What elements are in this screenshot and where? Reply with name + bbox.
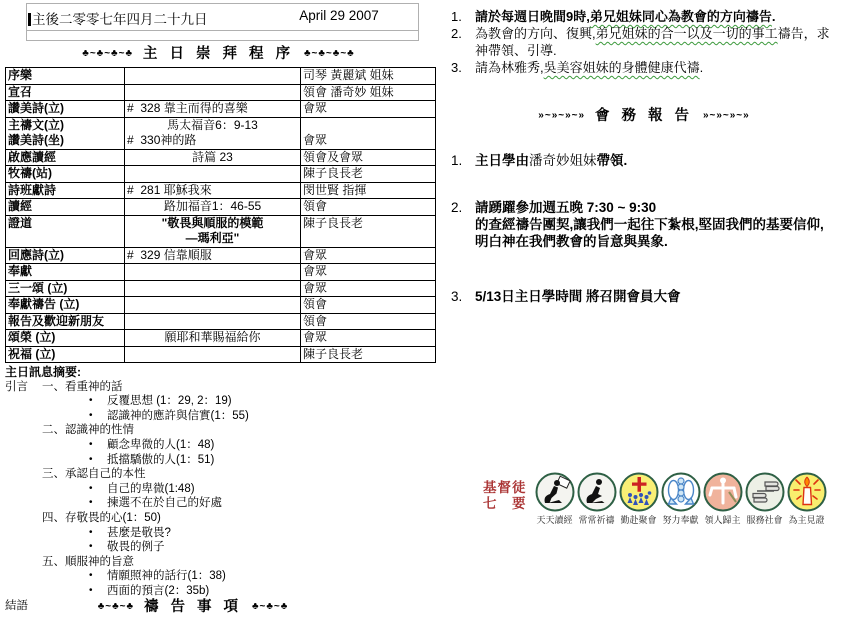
bullet-dot-icon: • bbox=[89, 482, 107, 497]
program-content-cell: "敬畏與順服的模範—瑪利亞" bbox=[125, 215, 301, 247]
program-item-cell: 回應詩(立) bbox=[6, 247, 125, 264]
outline-bullet: •敬畏的例子 bbox=[89, 540, 437, 555]
report-text: 請踴躍參加週五晚 7:30 ~ 9:30 的查經禱告團契,讓我們一起往下紮根,堅… bbox=[475, 199, 837, 250]
program-content-cell bbox=[125, 297, 301, 314]
ornament-left: »~»~»~» bbox=[538, 110, 585, 121]
outline-bullet: •顧念卑微的人(1：48) bbox=[89, 438, 437, 453]
seven-title: 基督徒 七 要 bbox=[483, 480, 527, 512]
program-leader-cell: 會眾 bbox=[301, 280, 436, 297]
bullet-dot-icon: • bbox=[89, 496, 107, 511]
program-content-cell: # 328 靠主而得的喜樂 bbox=[125, 101, 301, 118]
table-row: 頌榮 (立)願耶和華賜福給你會眾 bbox=[6, 330, 436, 347]
table-row: 宣召 領會 潘奇妙 姐妹 bbox=[6, 84, 436, 101]
seven-essentials: 基督徒 七 要 天天讀經常常祈禱勤赴聚會努力奉獻領人歸主服務社會為主見證 bbox=[483, 472, 828, 526]
outline-bullet: •認識神的應許與信實(1：55) bbox=[89, 409, 437, 424]
report-item: 3.5/13日主日學時間 將召開會員大會 bbox=[451, 288, 837, 305]
bullet-dot-icon: • bbox=[89, 409, 107, 424]
program-content-cell bbox=[125, 280, 301, 297]
program-item-cell: 三一頌 (立) bbox=[6, 280, 125, 297]
report-text: 主日學由潘奇妙姐妹帶領. bbox=[475, 152, 837, 169]
report-number: 2. bbox=[451, 199, 475, 250]
bullet-dot-icon: • bbox=[89, 453, 107, 468]
bullet-dot-icon: • bbox=[89, 394, 107, 409]
report-text: 5/13日主日學時間 將召開會員大會 bbox=[475, 288, 837, 305]
essential-label: 服務社會 bbox=[744, 513, 786, 526]
program-item-cell: 報告及歡迎新朋友 bbox=[6, 313, 125, 330]
program-content-cell: 願耶和華賜福給你 bbox=[125, 330, 301, 347]
program-item-cell: 主禱文(立)讚美詩(坐) bbox=[6, 117, 125, 149]
text-segment: 帶領. bbox=[597, 153, 628, 168]
bullet-dot-icon: • bbox=[89, 569, 107, 584]
program-content-cell bbox=[125, 68, 301, 85]
program-leader-cell: 領會 潘奇妙 姐妹 bbox=[301, 84, 436, 101]
essential-label: 領人歸主 bbox=[702, 513, 744, 526]
program-item-cell: 奉獻禱告 (立) bbox=[6, 297, 125, 314]
outline-bullet-text: 抵擋驕傲的人(1：51) bbox=[107, 453, 214, 468]
date-row: 主後二零零七年四月二十九日 April 29 2007 bbox=[27, 4, 418, 31]
program-item-cell: 宣召 bbox=[6, 84, 125, 101]
program-content-cell bbox=[125, 313, 301, 330]
table-row: 祝福 (立) 陳子良長老 bbox=[6, 346, 436, 363]
program-content-cell: 路加福音1：46-55 bbox=[125, 199, 301, 216]
prayer-list: 1.請於每週日晚間9時,弟兄姐妹同心為教會的方向禱告.2.為教會的方向、復興,弟… bbox=[451, 8, 837, 76]
program-leader-cell: 司琴 黃麗斌 姐妹 bbox=[301, 68, 436, 85]
text-segment: 潘奇妙姐妹 bbox=[529, 153, 597, 168]
text-segment: 弟兄姐妹同心為教會的方向禱告 bbox=[590, 9, 772, 24]
outline-bullet-text: 認識神的應許與信實(1：55) bbox=[107, 409, 249, 424]
report-title: 會 務 報 告 bbox=[595, 108, 693, 124]
program-item-cell: 頌榮 (立) bbox=[6, 330, 125, 347]
program-content-cell bbox=[125, 84, 301, 101]
outline-bullet-text: 甚麼是敬畏? bbox=[107, 526, 171, 541]
program-item-cell: 牧禱(站) bbox=[6, 166, 125, 183]
text-segment: 弟兄姐妹的合一以及一切的事工 bbox=[596, 26, 778, 41]
text-segment: . bbox=[700, 60, 704, 75]
outline-section-title: 二、認識神的性情 bbox=[42, 423, 437, 438]
outline-bullet: •甚麼是敬畏? bbox=[89, 526, 437, 541]
program-item-cell: 讀經 bbox=[6, 199, 125, 216]
table-row: 讚美詩(立)# 328 靠主而得的喜樂會眾 bbox=[6, 101, 436, 118]
ornament-right: ♣~♣~♣ bbox=[252, 601, 288, 612]
summary-heading: 主日訊息摘要: bbox=[5, 365, 437, 380]
outline-intro-label: 引言 bbox=[5, 380, 42, 395]
fish-coins-icon bbox=[660, 472, 702, 512]
outline-bullet: •抵擋驕傲的人(1：51) bbox=[89, 453, 437, 468]
date-english: April 29 2007 bbox=[260, 4, 418, 30]
bullet-dot-icon: • bbox=[89, 526, 107, 541]
report-heading: »~»~»~» 會 務 報 告 »~»~»~» bbox=[451, 104, 837, 125]
text-segment: 主日學由 bbox=[475, 153, 529, 168]
seven-items: 天天讀經常常祈禱勤赴聚會努力奉獻領人歸主服務社會為主見證 bbox=[534, 472, 828, 526]
program-content-cell bbox=[125, 166, 301, 183]
outline-bullet-text: 顧念卑微的人(1：48) bbox=[107, 438, 214, 453]
outline-bullet: •情願照神的話行(1：38) bbox=[89, 569, 437, 584]
essential-item: 服務社會 bbox=[744, 472, 786, 526]
program-leader-cell: 陳子良長老 bbox=[301, 346, 436, 363]
program-leader-cell: 領會 bbox=[301, 297, 436, 314]
table-row: 回應詩(立)# 329 信靠順服會眾 bbox=[6, 247, 436, 264]
program-content-cell: # 329 信靠順服 bbox=[125, 247, 301, 264]
program-content-cell: 馬太福音6：9-13# 330神的路 bbox=[125, 117, 301, 149]
program-content-cell: # 281 耶穌我來 bbox=[125, 182, 301, 199]
program-content-cell bbox=[125, 264, 301, 281]
program-table: 序樂 司琴 黃麗斌 姐妹宣召 領會 潘奇妙 姐妹讚美詩(立)# 328 靠主而得… bbox=[5, 67, 436, 363]
program-leader-cell: 陳子良長老 bbox=[301, 166, 436, 183]
table-row: 證道"敬畏與順服的模範—瑪利亞"陳子良長老 bbox=[6, 215, 436, 247]
table-row: 牧禱(站) 陳子良長老 bbox=[6, 166, 436, 183]
program-leader-cell: 領會及會眾 bbox=[301, 149, 436, 166]
text-segment: 為教會的方向、復興, bbox=[475, 26, 596, 41]
ornament-right: ♣~♣~♣~♣ bbox=[304, 48, 355, 59]
prayer-title: 禱 告 事 項 bbox=[144, 599, 242, 615]
report-list: 1.主日學由潘奇妙姐妹帶領.2.請踴躍參加週五晚 7:30 ~ 9:30 的查經… bbox=[451, 152, 837, 305]
program-content-cell bbox=[125, 346, 301, 363]
program-leader-cell: 會眾 bbox=[301, 247, 436, 264]
outline-section-title: 一、看重神的話 bbox=[42, 380, 123, 395]
essential-item: 天天讀經 bbox=[534, 472, 576, 526]
candle-icon bbox=[786, 472, 828, 512]
program-heading: ♣~♣~♣~♣ 主 日 崇 拜 程 序 ♣~♣~♣~♣ bbox=[0, 42, 437, 63]
text-segment: 請踴躍參加週五晚 7:30 ~ 9:30 的查經禱告團契,讓我們一起往下紮根,堅… bbox=[475, 200, 824, 249]
report-item: 2.請踴躍參加週五晚 7:30 ~ 9:30 的查經禱告團契,讓我們一起往下紮根… bbox=[451, 199, 837, 250]
text-segment: 請為林雅秀, bbox=[475, 60, 544, 75]
outline-section-title: 三、承認自己的本性 bbox=[42, 467, 437, 482]
right-column: 1.請於每週日晚間9時,弟兄姐妹同心為教會的方向禱告.2.為教會的方向、復興,弟… bbox=[451, 8, 837, 305]
table-row: 三一頌 (立) 會眾 bbox=[6, 280, 436, 297]
outline-bullet-text: 情願照神的話行(1：38) bbox=[107, 569, 226, 584]
essential-label: 勤赴聚會 bbox=[618, 513, 660, 526]
program-leader-cell: 閔世賢 指揮 bbox=[301, 182, 436, 199]
program-leader-cell: 會眾 bbox=[301, 264, 436, 281]
essential-item: 領人歸主 bbox=[702, 472, 744, 526]
bullet-dot-icon: • bbox=[89, 540, 107, 555]
program-leader-cell: 領會 bbox=[301, 313, 436, 330]
outline-section-title: 四、存敬畏的心(1：50) bbox=[42, 511, 437, 526]
text-segment: 請於每週日晚間9時, bbox=[475, 9, 590, 24]
prayer-text: 請於每週日晚間9時,弟兄姐妹同心為教會的方向禱告. bbox=[475, 8, 837, 25]
praying-person-icon bbox=[576, 472, 618, 512]
leading-people-icon bbox=[702, 472, 744, 512]
prayer-item: 3.請為林雅秀,吳美容姐妹的身體健康代禱. bbox=[451, 59, 837, 76]
outline-bullet-text: 揀選不在於自己的好處 bbox=[107, 496, 222, 511]
date-chinese-text: 主後二零零七年四月二十九日 bbox=[32, 12, 208, 27]
program-item-cell: 詩班獻詩 bbox=[6, 182, 125, 199]
text-segment: . bbox=[772, 9, 776, 24]
outline-bullet: •揀選不在於自己的好處 bbox=[89, 496, 437, 511]
program-table-body: 序樂 司琴 黃麗斌 姐妹宣召 領會 潘奇妙 姐妹讚美詩(立)# 328 靠主而得… bbox=[6, 68, 436, 363]
essential-item: 為主見證 bbox=[786, 472, 828, 526]
program-item-cell: 啟應讀經 bbox=[6, 149, 125, 166]
table-row: 奉獻 會眾 bbox=[6, 264, 436, 281]
program-item-cell: 序樂 bbox=[6, 68, 125, 85]
prayer-item: 1.請於每週日晚間9時,弟兄姐妹同心為教會的方向禱告. bbox=[451, 8, 837, 25]
essential-item: 勤赴聚會 bbox=[618, 472, 660, 526]
program-leader-cell: 會眾 bbox=[301, 101, 436, 118]
outline-bullet: •反覆思想 (1：29, 2：19) bbox=[89, 394, 437, 409]
table-row: 啟應讀經詩篇 23領會及會眾 bbox=[6, 149, 436, 166]
text-segment: 5/13日主日學時間 將召開會員大會 bbox=[475, 289, 681, 304]
prayer-text: 請為林雅秀,吳美容姐妹的身體健康代禱. bbox=[475, 59, 837, 76]
program-leader-cell: 會眾 bbox=[301, 117, 436, 149]
ornament-left: ♣~♣~♣ bbox=[98, 601, 134, 612]
report-number: 1. bbox=[451, 152, 475, 169]
cross-congregation-icon bbox=[618, 472, 660, 512]
essential-label: 常常祈禱 bbox=[576, 513, 618, 526]
date-box: 主後二零零七年四月二十九日 April 29 2007 bbox=[26, 3, 419, 41]
outline-intro-row: 引言一、看重神的話 bbox=[5, 380, 437, 395]
ornament-left: ♣~♣~♣~♣ bbox=[82, 48, 133, 59]
essential-label: 天天讀經 bbox=[534, 513, 576, 526]
bullet-dot-icon: • bbox=[89, 438, 107, 453]
table-row: 序樂 司琴 黃麗斌 姐妹 bbox=[6, 68, 436, 85]
essential-item: 努力奉獻 bbox=[660, 472, 702, 526]
program-leader-cell: 領會 bbox=[301, 199, 436, 216]
program-item-cell: 證道 bbox=[6, 215, 125, 247]
prayer-heading: ♣~♣~♣ 禱 告 事 項 ♣~♣~♣ bbox=[8, 595, 378, 616]
message-summary: 主日訊息摘要: 引言一、看重神的話•反覆思想 (1：29, 2：19)•認識神的… bbox=[5, 365, 437, 613]
report-number: 3. bbox=[451, 288, 475, 305]
prayer-text: 為教會的方向、復興,弟兄姐妹的合一以及一切的事工禱告，求神帶領、引導. bbox=[475, 25, 837, 59]
outline-body: 引言一、看重神的話•反覆思想 (1：29, 2：19)•認識神的應許與信實(1：… bbox=[5, 380, 437, 599]
program-item-cell: 祝福 (立) bbox=[6, 346, 125, 363]
table-row: 主禱文(立)讚美詩(坐)馬太福音6：9-13# 330神的路 會眾 bbox=[6, 117, 436, 149]
table-row: 詩班獻詩# 281 耶穌我來閔世賢 指揮 bbox=[6, 182, 436, 199]
text-cursor-artifact bbox=[28, 13, 31, 26]
text-segment: 吳美容姐妹的身體健康代禱 bbox=[544, 60, 700, 75]
prayer-number: 2. bbox=[451, 25, 475, 59]
essential-label: 為主見證 bbox=[786, 513, 828, 526]
program-leader-cell: 陳子良長老 bbox=[301, 215, 436, 247]
outline-bullet-text: 敬畏的例子 bbox=[107, 540, 165, 555]
serving-hands-icon bbox=[744, 472, 786, 512]
prayer-number: 3. bbox=[451, 59, 475, 76]
table-row: 報告及歡迎新朋友 領會 bbox=[6, 313, 436, 330]
table-row: 讀經路加福音1：46-55領會 bbox=[6, 199, 436, 216]
prayer-number: 1. bbox=[451, 8, 475, 25]
reading-person-icon bbox=[534, 472, 576, 512]
program-item-cell: 奉獻 bbox=[6, 264, 125, 281]
outline-section-title: 五、順服神的旨意 bbox=[42, 555, 437, 570]
report-item: 1.主日學由潘奇妙姐妹帶領. bbox=[451, 152, 837, 169]
program-content-cell: 詩篇 23 bbox=[125, 149, 301, 166]
outline-bullet-text: 自己的卑微(1:48) bbox=[107, 482, 195, 497]
outline-bullet: •自己的卑微(1:48) bbox=[89, 482, 437, 497]
program-item-cell: 讚美詩(立) bbox=[6, 101, 125, 118]
program-leader-cell: 會眾 bbox=[301, 330, 436, 347]
program-title: 主 日 崇 拜 程 序 bbox=[143, 46, 294, 62]
ornament-right: »~»~»~» bbox=[703, 110, 750, 121]
prayer-item: 2.為教會的方向、復興,弟兄姐妹的合一以及一切的事工禱告，求神帶領、引導. bbox=[451, 25, 837, 59]
essential-item: 常常祈禱 bbox=[576, 472, 618, 526]
date-chinese: 主後二零零七年四月二十九日 bbox=[27, 4, 260, 30]
table-row: 奉獻禱告 (立) 領會 bbox=[6, 297, 436, 314]
essential-label: 努力奉獻 bbox=[660, 513, 702, 526]
outline-bullet-text: 反覆思想 (1：29, 2：19) bbox=[107, 394, 232, 409]
